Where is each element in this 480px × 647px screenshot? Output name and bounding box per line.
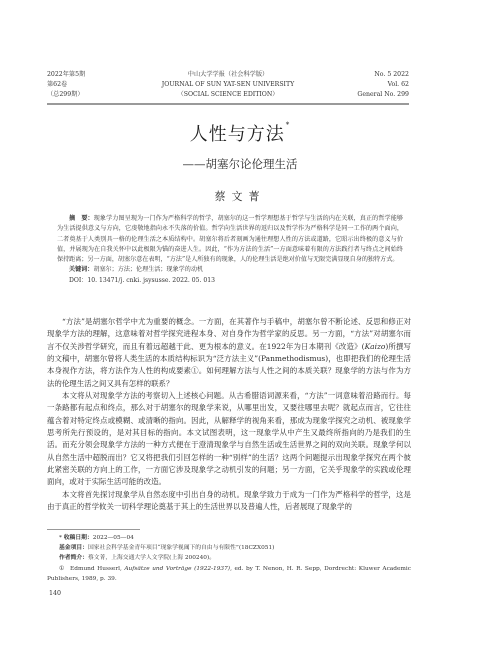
journal-name-cn: 中山大学学报（社会科学版） (47, 70, 409, 80)
keywords-text: 胡塞尔；方法；伦理生活；现象学的动机 (93, 266, 203, 273)
doi-line: DOI：10. 13471/j. cnki. jsysusse. 2022. 0… (57, 276, 403, 286)
body-paragraph: “方法”是胡塞尔哲学中尤为重要的概念。一方面，在其著作与手稿中，胡塞尔曾不断论述… (47, 316, 411, 390)
received-date-line: * 收稿日期：2022—05—04 (47, 533, 411, 543)
body-italic-term: Kaizo (365, 342, 386, 351)
article-body: “方法”是胡塞尔哲学中尤为重要的概念。一方面，在其著作与手稿中，胡塞尔曾不断论述… (47, 316, 411, 514)
journal-page: 2022年第5期 第62卷 （总299期） 中山大学学报（社会科学版） JOUR… (0, 0, 480, 647)
reference-mark: ① (59, 566, 65, 572)
title-footnote-mark: * (286, 121, 291, 129)
received-date: 2022—05—04 (93, 535, 134, 541)
fund-text: 国家社会科学基金青年项目“现象学视阈下的自由与有限性”(18CZX051) (88, 545, 274, 551)
journal-name-en: JOURNAL OF SUN YAT-SEN UNIVERSITY (47, 80, 409, 90)
header-journal-name: 中山大学学报（社会科学版） JOURNAL OF SUN YAT-SEN UNI… (47, 70, 409, 100)
header-divider (47, 103, 409, 105)
article-subtitle: ——胡塞尔论伦理生活 (0, 156, 480, 172)
author-info-text: 蔡文菁，上海交通大学人文学院(上海 200240)。 (88, 555, 215, 561)
fund-line: 基金项目：国家社会科学基金青年项目“现象学视阈下的自由与有限性”(18CZX05… (47, 543, 411, 553)
header-vol-line: Vol. 62 (357, 80, 409, 90)
header-no-line: No. 5 2022 (357, 70, 409, 80)
fund-label: 基金项目： (59, 545, 88, 551)
keywords-line: 关键词：胡塞尔；方法；伦理生活；现象学的动机 (57, 265, 403, 275)
keywords-label: 关键词： (69, 266, 93, 273)
article-author: 蔡文菁 (0, 188, 480, 204)
article-title: 人性与方法* (0, 120, 480, 146)
abstract-block: 摘 要：现象学力图呈现为一门作为严格科学的哲学，胡塞尔的这一哲学理想基于哲学与生… (57, 214, 403, 286)
footnotes-block: * 收稿日期：2022—05—04 基金项目：国家社会科学基金青年项目“现象学视… (47, 533, 411, 584)
header-issue-en: No. 5 2022 Vol. 62 General No. 299 (357, 70, 409, 100)
body-paragraph: 本文将从对现象学方法的考察切入上述核心问题。从古希腊语词源来看，“方法”一词意味… (47, 390, 411, 489)
abstract-text: 现象学力图呈现为一门作为严格科学的哲学，胡塞尔的这一哲学理想基于哲学与生活的内在… (57, 215, 403, 263)
page-number: 140 (49, 590, 61, 597)
abstract-label: 摘 要： (69, 215, 94, 222)
author-info-label: 作者简介： (59, 555, 88, 561)
author-info-line: 作者简介：蔡文菁，上海交通大学人文学院(上海 200240)。 (47, 553, 411, 563)
reference-author: Edmund Husserl, (70, 566, 124, 572)
body-text: “方法”是胡塞尔哲学中尤为重要的概念。一方面，在其著作与手稿中，胡塞尔曾不断论述… (47, 317, 411, 351)
header-general-line: General No. 299 (357, 90, 409, 100)
title-text: 人性与方法 (190, 124, 285, 145)
abstract-paragraph: 摘 要：现象学力图呈现为一门作为严格科学的哲学，胡塞尔的这一哲学理想基于哲学与生… (57, 214, 403, 265)
body-paragraph: 本文将首先探讨现象学从自然态度中引出自身的动机。现象学致力于成为一门作为严格科学… (47, 489, 411, 514)
received-label: 收稿日期： (64, 535, 93, 541)
reference-title: Aufsätze und Vorträge (1922-1937) (124, 566, 230, 572)
received-mark: * (59, 535, 62, 541)
journal-edition-en: （SOCIAL SCIENCE EDITION） (47, 90, 409, 100)
footnote-divider (47, 529, 140, 530)
running-header: 2022年第5期 第62卷 （总299期） 中山大学学报（社会科学版） JOUR… (47, 70, 409, 100)
reference-footnote: ① Edmund Husserl, Aufsätze und Vorträge … (47, 564, 411, 584)
